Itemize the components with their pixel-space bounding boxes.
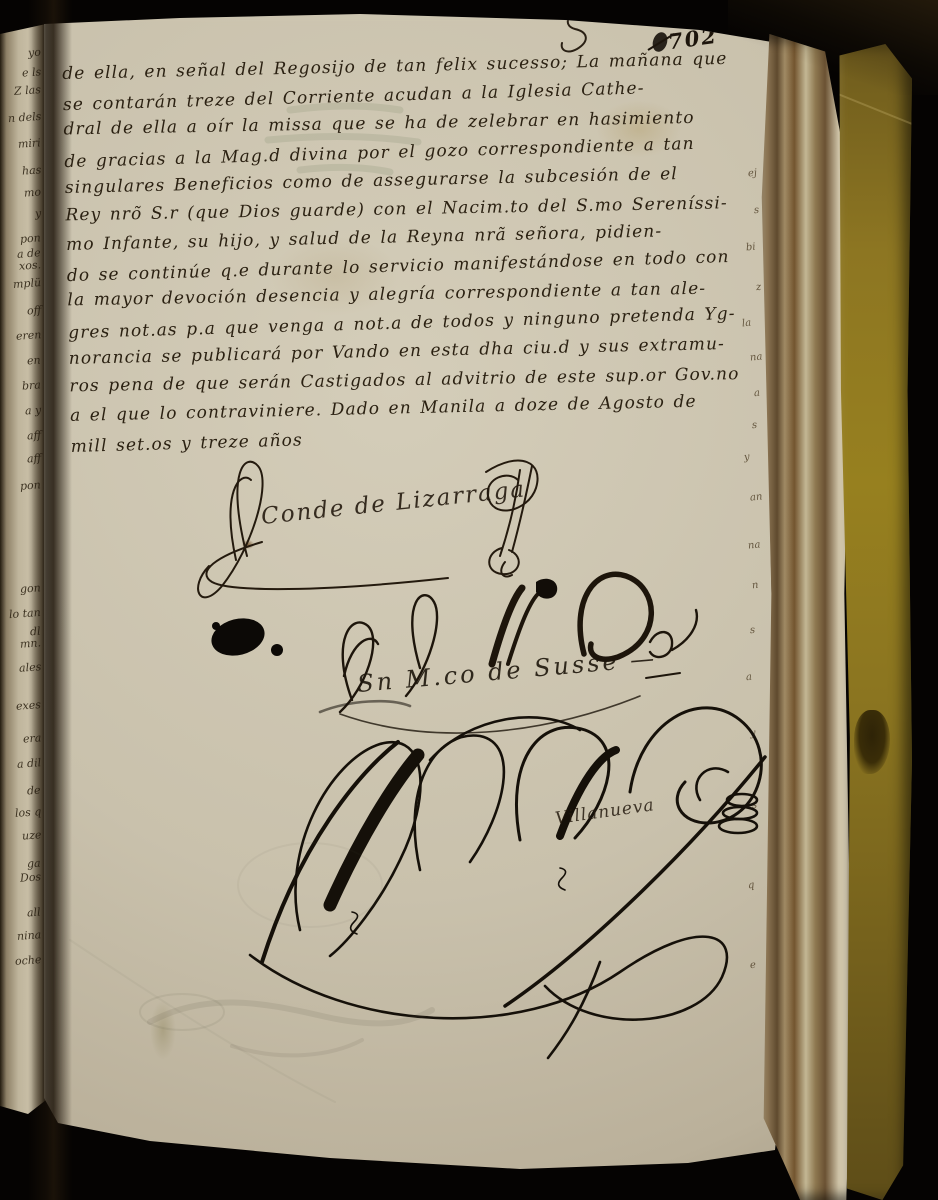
facing-page-fragment: y — [34, 208, 41, 219]
facing-page-fragment: oche — [14, 954, 41, 967]
facing-page-fragment: ales — [18, 661, 41, 674]
margin-mark: la — [741, 318, 751, 330]
facing-page-fragment: era — [22, 732, 41, 744]
signature-governor-text: Conde de Lizarraga — [260, 476, 527, 530]
facing-page-sliver: yoe lsZ lasn delsmirihasmoypona dexos.mp… — [0, 24, 46, 1116]
signature-secretary-flourish — [340, 574, 697, 733]
facing-page-fragment: bra — [22, 379, 42, 391]
margin-mark: s — [749, 625, 755, 636]
margin-mark: s — [751, 800, 757, 811]
facing-page-fragment: a y — [24, 404, 41, 416]
facing-page-fragment: de — [27, 785, 41, 797]
signature-secretary-text: Sn M.co de Susse — — [356, 644, 658, 698]
ink-blot — [207, 613, 283, 661]
margin-mark: e — [749, 960, 756, 972]
manuscript-text-block: de ella, en señal del Regosijo de tan fe… — [62, 44, 771, 459]
facing-page-fragment: uze — [21, 829, 41, 841]
facing-page-fragment: aff — [26, 430, 41, 442]
facing-page-fragment: all — [27, 907, 41, 919]
facing-page-fragment: a dil — [17, 757, 42, 770]
facing-page-fragment: pon — [20, 479, 41, 491]
margin-mark: ej — [747, 168, 757, 180]
margin-mark: bi — [745, 242, 756, 254]
facing-page-fragment: nina — [16, 929, 41, 942]
margin-mark: q — [747, 880, 755, 892]
grand-rubric-flourish — [250, 701, 765, 1058]
paper-stain — [150, 1000, 176, 1060]
facing-page-fragment: miri — [18, 137, 41, 150]
paper-stain — [242, 540, 254, 549]
parchment-cover — [838, 44, 912, 1200]
facing-page-fragment: gon — [20, 582, 41, 594]
facing-page-fragment: Dos — [20, 871, 42, 883]
signature-governor-flourish — [198, 461, 537, 598]
photo-frame: yoe lsZ lasn delsmirihasmoypona dexos.mp… — [0, 0, 938, 1200]
facing-page-fragment: mn. — [20, 637, 42, 649]
facing-page-fragment: en — [27, 355, 41, 367]
facing-page-fragment: lo tan — [9, 607, 41, 620]
margin-mark: a — [753, 388, 760, 400]
margin-mark: na — [747, 539, 760, 551]
page-mark-squiggle — [562, 12, 586, 51]
margin-mark: s — [753, 205, 759, 216]
parchment-crease — [837, 93, 914, 126]
facing-page-fragment: mo — [24, 186, 42, 198]
margin-mark: na — [749, 351, 762, 363]
facing-page-fragment: has — [21, 164, 41, 176]
margin-mark: an — [749, 491, 762, 503]
facing-page-fragment: yo — [28, 47, 42, 59]
margin-mark: n — [751, 580, 759, 592]
facing-page-fragment: eren — [15, 329, 41, 342]
rubric-name-text: Villanueva — [554, 795, 656, 829]
facing-page-fragment: off — [26, 305, 41, 317]
facing-page-fragment: aff — [26, 453, 41, 465]
facing-page-fragment: n dels — [7, 111, 41, 124]
margin-mark: y — [749, 728, 756, 740]
facing-page-fragment: ga — [27, 858, 41, 870]
margin-mark: s — [751, 420, 757, 431]
facing-page-fragment: e ls — [21, 66, 41, 78]
margin-mark: a — [745, 672, 752, 684]
facing-page-fragment: los q — [14, 806, 41, 819]
facing-page-fragment: exes — [16, 699, 42, 712]
margin-mark: z — [755, 282, 761, 293]
facing-page-fragment: Z las — [14, 84, 42, 97]
margin-mark: y — [743, 452, 750, 464]
facing-page-fragment: xos. — [19, 259, 42, 272]
facing-page-fragment: pon — [20, 232, 41, 244]
parchment-dark-spot — [854, 710, 890, 774]
facing-page-fragment: mplü — [13, 277, 42, 290]
bleed-through-ghost — [70, 843, 432, 1102]
